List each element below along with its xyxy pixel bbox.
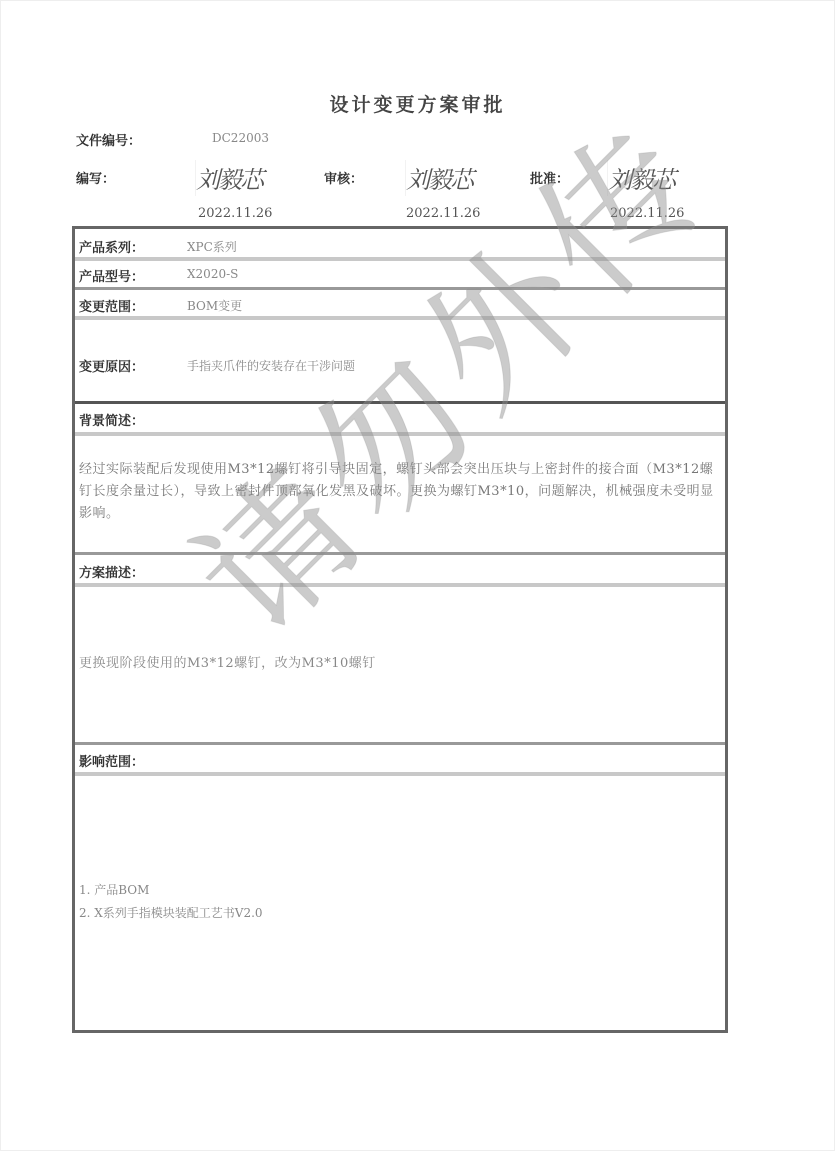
product-model-value: X2020-S bbox=[187, 267, 238, 281]
change-reason-label: 变更原因： bbox=[79, 356, 144, 375]
impact-label: 影响范围： bbox=[79, 751, 144, 770]
divider bbox=[75, 257, 725, 261]
approver-date: 2022.11.26 bbox=[610, 206, 684, 221]
divider bbox=[75, 583, 725, 587]
divider bbox=[75, 401, 725, 404]
author-signature: 刘毅芯 bbox=[195, 160, 301, 196]
document-title: 设计变更方案审批 bbox=[0, 90, 835, 117]
reviewer-date: 2022.11.26 bbox=[406, 206, 480, 221]
change-scope-value: BOM变更 bbox=[187, 297, 242, 314]
divider bbox=[75, 316, 725, 320]
product-series-value: XPC系列 bbox=[187, 238, 237, 255]
divider bbox=[75, 552, 725, 555]
author-label: 编写： bbox=[76, 168, 115, 187]
divider bbox=[75, 742, 725, 745]
impact-item: 1. 产品BOM bbox=[79, 879, 149, 901]
impact-item: 2. X系列手指模块装配工艺书V2.0 bbox=[79, 902, 263, 924]
solution-text: 更换现阶段使用的M3*12螺钉，改为M3*10螺钉 bbox=[79, 653, 721, 675]
change-scope-label: 变更范围： bbox=[79, 296, 144, 315]
signature-row: 编写： 刘毅芯 2022.11.26 审核： 刘毅芯 2022.11.26 批准… bbox=[0, 160, 835, 220]
approver-label: 批准： bbox=[530, 168, 569, 187]
doc-number-label: 文件编号： bbox=[76, 130, 141, 149]
reviewer-label: 审核： bbox=[324, 168, 363, 187]
author-date: 2022.11.26 bbox=[198, 206, 272, 221]
background-label: 背景简述： bbox=[79, 410, 144, 429]
change-table: 产品系列： XPC系列 产品型号： X2020-S 变更范围： BOM变更 变更… bbox=[72, 226, 728, 1033]
product-model-label: 产品型号： bbox=[79, 266, 144, 285]
background-text: 经过实际装配后发现使用M3*12螺钉将引导块固定，螺钉头部会突出压块与上密封件的… bbox=[79, 459, 721, 525]
change-reason-value: 手指夹爪件的安装存在干涉问题 bbox=[187, 357, 355, 374]
divider bbox=[75, 432, 725, 436]
solution-label: 方案描述： bbox=[79, 562, 144, 581]
divider bbox=[75, 772, 725, 776]
reviewer-signature: 刘毅芯 bbox=[405, 160, 511, 196]
product-series-label: 产品系列： bbox=[79, 237, 144, 256]
divider bbox=[75, 287, 725, 290]
approver-signature: 刘毅芯 bbox=[607, 160, 713, 196]
doc-number-value: DC22003 bbox=[212, 131, 269, 145]
